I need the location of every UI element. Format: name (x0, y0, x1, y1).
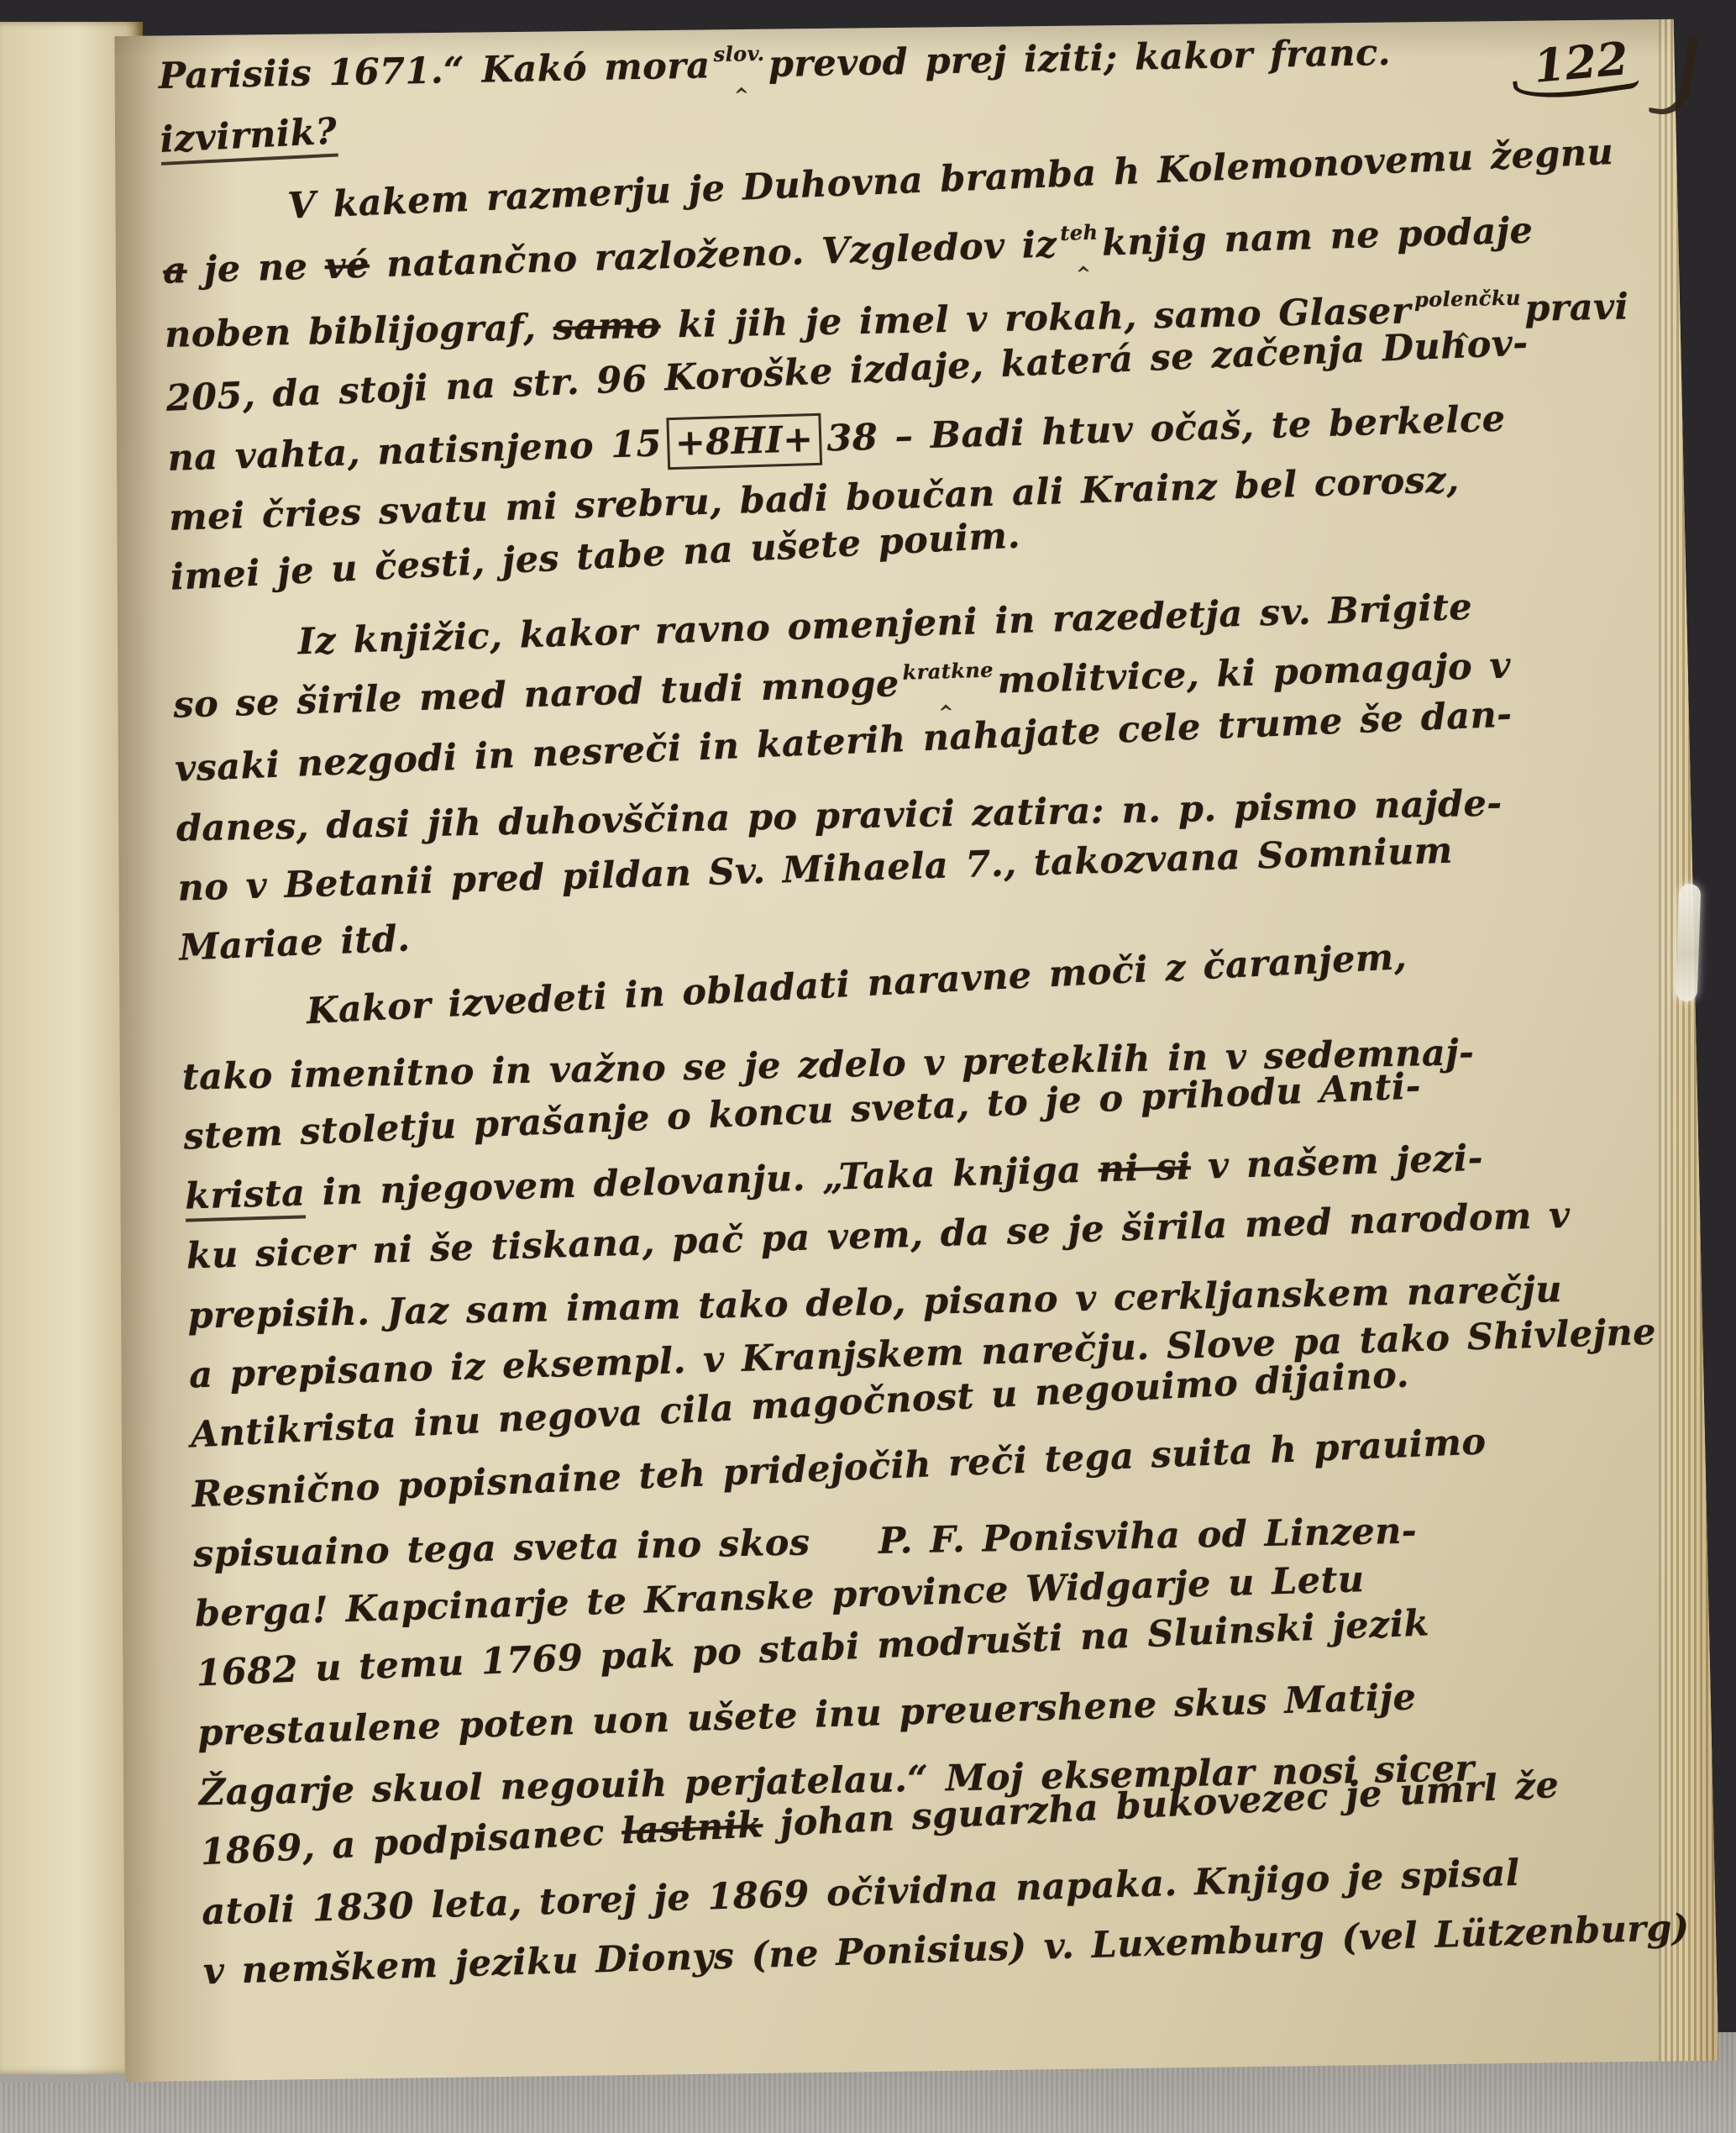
inserted-word: teh (1059, 202, 1099, 263)
manuscript-text: Parisiis 1671.“ Kakó moraslov.prevod pre… (158, 12, 1707, 2003)
text-segment: 1869, a podpisanec (199, 1810, 622, 1873)
struck-word: ni si (1098, 1146, 1192, 1190)
struck-word: vé (324, 244, 370, 288)
text-segment: na vahta, natisnjeno 15 (167, 423, 663, 479)
boxed-code: +8HI+ (671, 418, 817, 465)
struck-word: lastnik (621, 1804, 764, 1852)
underlined-word: krista (185, 1172, 307, 1221)
struck-word: a (163, 250, 188, 292)
inserted-word: slov. (713, 24, 765, 84)
text-segment: v našem jezi- (1190, 1137, 1484, 1188)
underlined-word: izvirnik? (159, 111, 338, 165)
text-segment: 38 – Badi htuv očaš, te berkelce (826, 398, 1506, 460)
text-segment: knjig nam ne podaje (1101, 210, 1534, 265)
text-segment: Mariae itd. (178, 917, 411, 969)
text-segment: natančno razloženo. Vzgledov iz (369, 223, 1057, 286)
struck-word: samo (553, 305, 661, 349)
manuscript-page: 122 Parisiis 1671.“ Kakó moraslov.prevod… (0, 0, 1736, 2133)
fore-edge-highlight (1676, 884, 1702, 1002)
photo-backdrop: 122 Parisiis 1671.“ Kakó moraslov.prevod… (0, 0, 1736, 2133)
text-segment: noben biblijograf, (165, 307, 554, 356)
inserted-word: kratkne (901, 640, 994, 702)
text-segment: je ne (186, 245, 326, 292)
